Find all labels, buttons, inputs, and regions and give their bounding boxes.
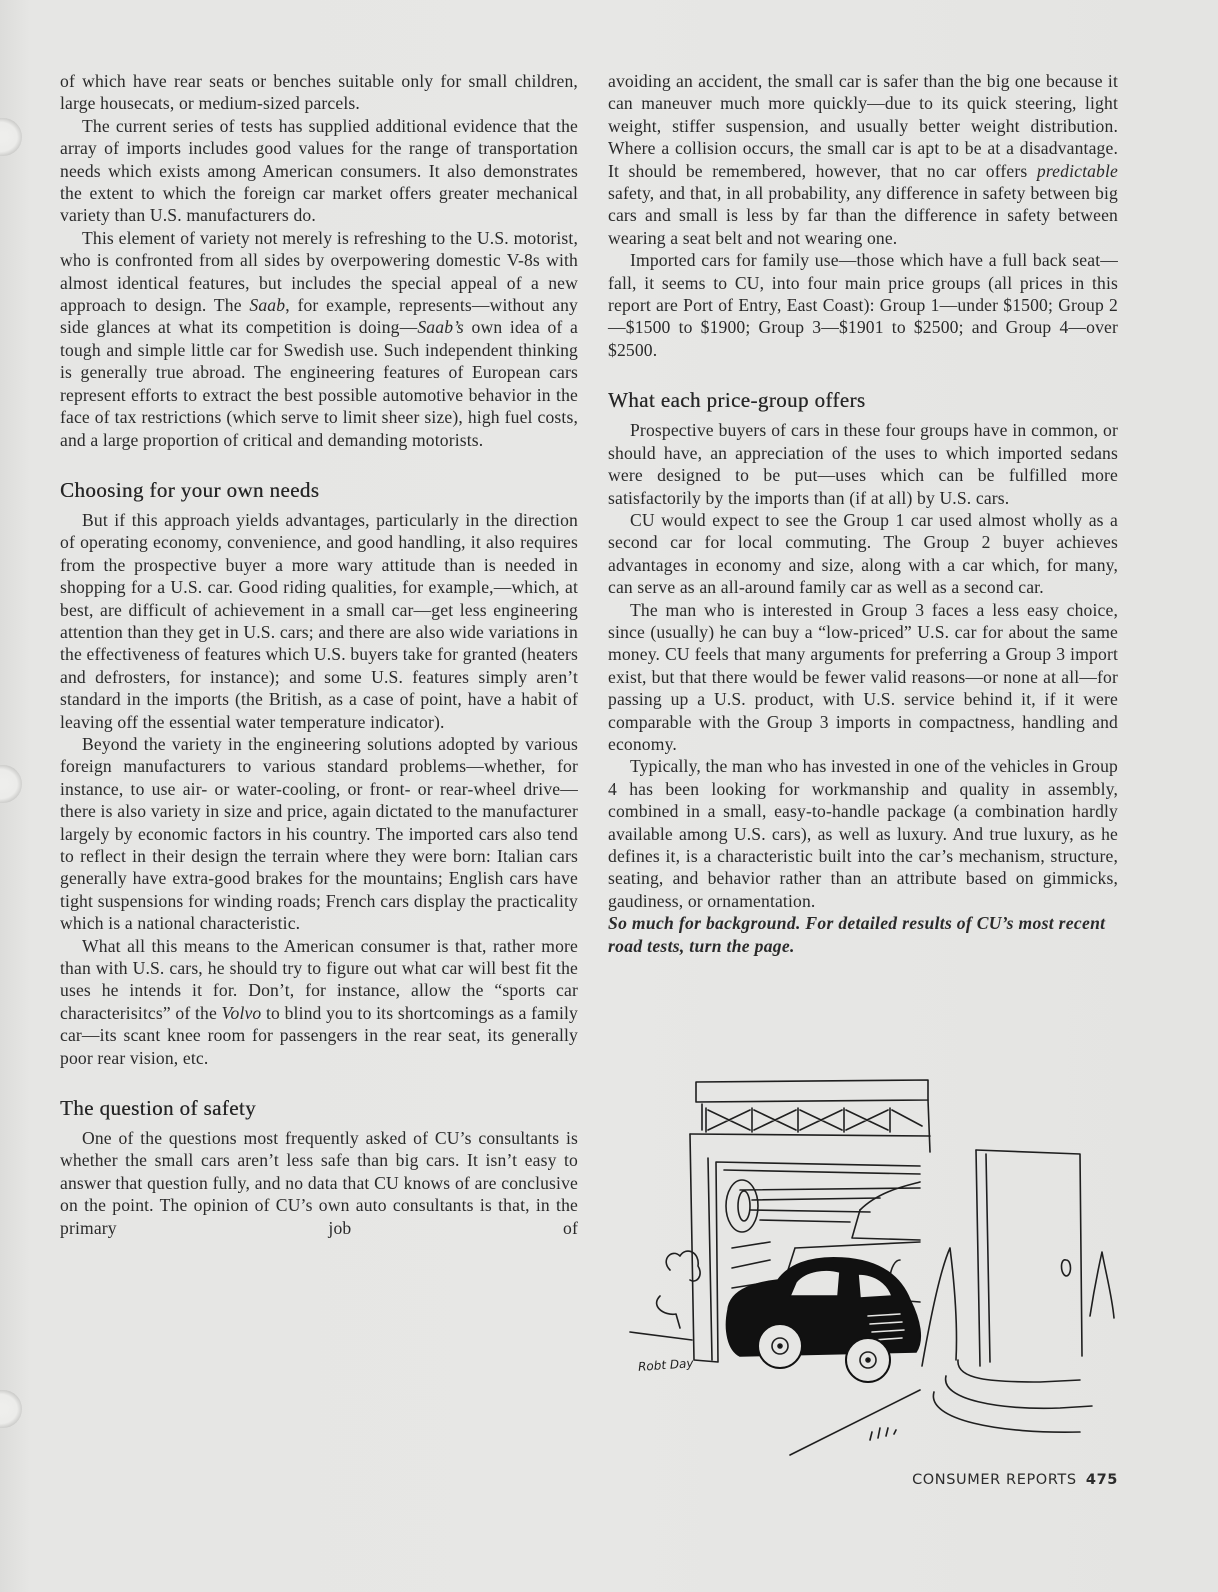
right-column: avoiding an accident, the small car is s…: [608, 70, 1118, 957]
paragraph: Beyond the variety in the engineering so…: [60, 733, 578, 935]
section-heading: What each price-group offers: [608, 387, 1118, 413]
section-heading: Choosing for your own needs: [60, 477, 578, 503]
car-name-italic: Saab’s: [417, 317, 464, 337]
car-name-italic: Volvo: [222, 1003, 262, 1023]
left-column: of which have rear seats or benches suit…: [60, 70, 578, 1239]
cartoon-illustration: Robt Day: [620, 1070, 1120, 1465]
page-footer: CONSUMER REPORTS 475: [912, 1472, 1118, 1488]
binder-hole-bottom: [0, 1390, 22, 1428]
paragraph: The man who is interested in Group 3 fac…: [608, 599, 1118, 756]
paragraph: The current series of tests has supplied…: [60, 115, 578, 227]
garage-car-drawing-icon: [620, 1070, 1120, 1465]
paragraph: What all this means to the American cons…: [60, 935, 578, 1069]
paragraph: Typically, the man who has invested in o…: [608, 755, 1118, 912]
section-heading: The question of safety: [60, 1095, 578, 1121]
paragraph: CU would expect to see the Group 1 car u…: [608, 509, 1118, 599]
page-number: 475: [1086, 1472, 1118, 1488]
paragraph: Imported cars for family use—those which…: [608, 249, 1118, 361]
magazine-page: of which have rear seats or benches suit…: [0, 0, 1218, 1592]
paragraph: One of the questions most frequently ask…: [60, 1127, 578, 1239]
paragraph: Prospective buyers of cars in these four…: [608, 419, 1118, 509]
paragraph: But if this approach yields advantages, …: [60, 509, 578, 733]
car-name-italic: Saab: [249, 295, 285, 315]
publication-name: CONSUMER REPORTS: [912, 1472, 1077, 1488]
paragraph: This element of variety not merely is re…: [60, 227, 578, 451]
binder-hole-top: [0, 118, 22, 156]
closing-note: So much for background. For detailed res…: [608, 912, 1118, 957]
paragraph: of which have rear seats or benches suit…: [60, 70, 578, 115]
paragraph: avoiding an accident, the small car is s…: [608, 70, 1118, 249]
binder-hole-middle: [0, 765, 22, 803]
emphasis-italic: predictable: [1037, 161, 1118, 181]
